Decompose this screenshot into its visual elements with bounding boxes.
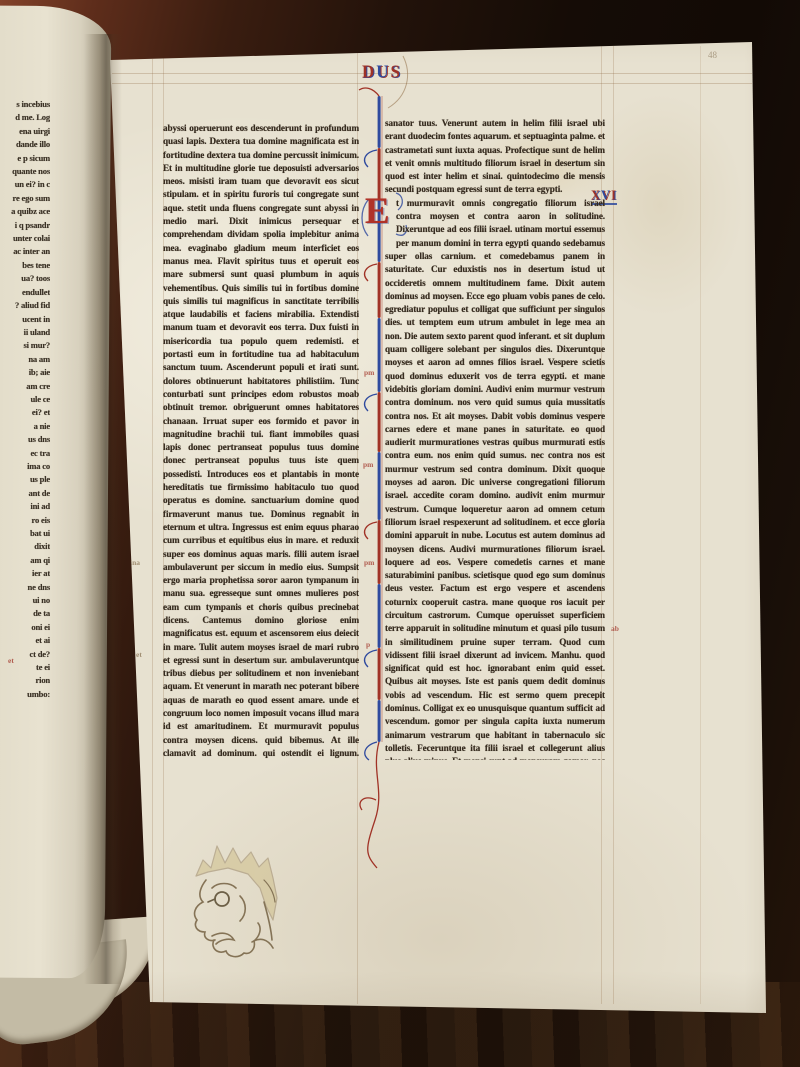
facing-page-line: umbo: [0, 688, 50, 701]
facing-page-line: i q psandr [0, 219, 50, 232]
profile-doodle [168, 836, 298, 960]
facing-page-line: oni ei [0, 621, 50, 634]
facing-page-line: un ei? in c [0, 178, 50, 191]
facing-page-line: et ai [0, 634, 50, 647]
facing-page-line: de ta [0, 607, 50, 620]
facing-page-line: am cre [0, 380, 50, 393]
facing-page-line: re ego sum [0, 192, 50, 205]
ruling-line-vertical [152, 46, 153, 1004]
facing-page-line: ac inter an [0, 245, 50, 258]
facing-page-line: ena uirgi [0, 125, 50, 138]
facing-page-line: bes tene [0, 259, 50, 272]
facing-page-line: si mur? [0, 339, 50, 352]
marginal-mark: pm [364, 558, 374, 567]
facing-page-line: ib; aie [0, 366, 50, 379]
facing-page-line: ne dns [0, 581, 50, 594]
facing-page-line: ? aliud fid [0, 299, 50, 312]
marginal-mark: pm [364, 368, 374, 377]
ruling-line-horizontal [112, 83, 752, 84]
facing-page-line: us ple [0, 473, 50, 486]
facing-page-line: ima co [0, 460, 50, 473]
facing-page-line: ant de [0, 487, 50, 500]
manuscript-photo: s incebiusd me. Logena uirgidande illoe … [0, 0, 800, 1067]
facing-page-line: quante nos [0, 165, 50, 178]
ruling-line-vertical [700, 46, 701, 1004]
facing-page-line: ii uland [0, 326, 50, 339]
rubric-letter: U [376, 61, 390, 83]
facing-page-line: ucent in [0, 313, 50, 326]
left-column-text: abyssi operuerunt eos descenderunt in pr… [163, 122, 359, 762]
facing-page-line: ei? et [0, 406, 50, 419]
facing-page-text-fragments: s incebiusd me. Logena uirgidande illoe … [0, 98, 50, 720]
rubric-letter: S [391, 61, 402, 83]
running-title: DUS [342, 62, 422, 82]
marginal-mark: p [366, 640, 370, 649]
text-column-right: sanator tuus. Venerunt autem in helim fi… [385, 117, 605, 760]
facing-page-line: am qi [0, 554, 50, 567]
facing-page-line: ier at [0, 567, 50, 580]
right-column-chapter-text: t murmuravit omnis congregatio filiorum … [385, 197, 605, 760]
text-column-left: abyssi operuerunt eos descenderunt in pr… [163, 122, 359, 762]
marginal-mark: ab [611, 624, 619, 633]
facing-page-line: ec tra [0, 447, 50, 460]
facing-page-line: bat ui [0, 527, 50, 540]
facing-page-line: ro eis [0, 514, 50, 527]
right-column-intro-text: sanator tuus. Venerunt autem in helim fi… [385, 117, 605, 197]
facing-page-line: endullet [0, 286, 50, 299]
folio-number: 48 [708, 50, 717, 60]
facing-page-line: ini ad [0, 500, 50, 513]
rubric-letter: I [611, 187, 617, 203]
facing-page-line: s incebius [0, 98, 50, 111]
facing-page-line: unter colai [0, 232, 50, 245]
facing-page-line: e p sicum [0, 152, 50, 165]
manuscript-page: DUS 48 XVI abyssi operuerunt eos descend… [0, 0, 800, 1067]
facing-page-line: na am [0, 353, 50, 366]
rubric-letter: D [362, 61, 376, 83]
facing-page-line: ua? toos [0, 272, 50, 285]
drop-cap-initial: E [365, 193, 390, 230]
facing-page-line: dande illo [0, 138, 50, 151]
marginal-mark: et [136, 650, 142, 659]
facing-page-line: ui no [0, 594, 50, 607]
facing-page-line: d me. Log [0, 111, 50, 124]
facing-page-line: rion [0, 674, 50, 687]
marginal-mark: pm [363, 460, 373, 469]
ruling-line-horizontal [112, 73, 752, 74]
marginal-mark: ina [130, 558, 140, 567]
facing-page-line: us dns [0, 433, 50, 446]
facing-page-line: ule ce [0, 393, 50, 406]
facing-page-line: dixit [0, 540, 50, 553]
facing-page-line: a quibz ace [0, 205, 50, 218]
marginal-mark: et [8, 656, 14, 665]
facing-page-line: a nie [0, 420, 50, 433]
